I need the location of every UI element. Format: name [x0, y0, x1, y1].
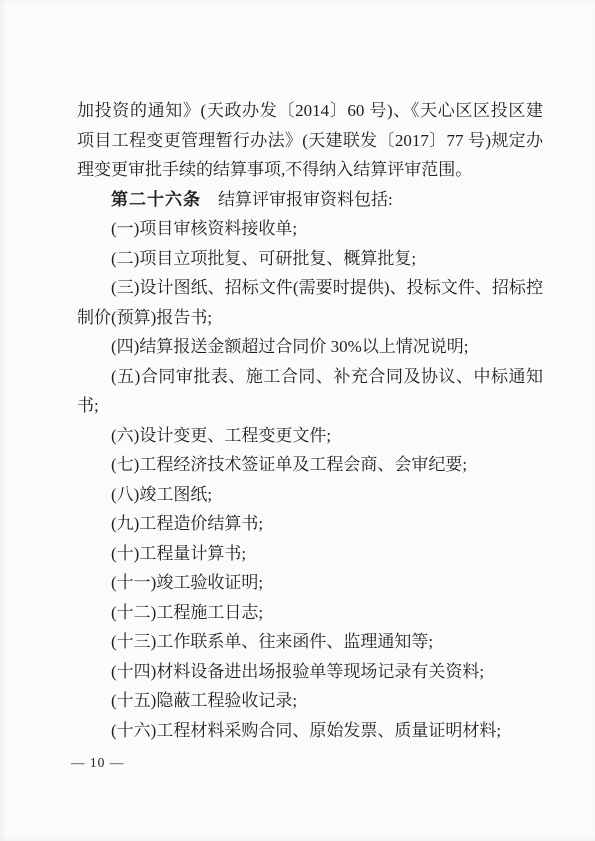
list-item-07: (七)工程经济技术签证单及工程会商、会审纪要;: [77, 450, 543, 480]
list-item-08: (八)竣工图纸;: [77, 480, 543, 510]
list-item-13: (十三)工作联系单、往来函件、监理通知等;: [77, 627, 543, 657]
article-title: 结算评审报审资料包括:: [218, 190, 393, 209]
page-footer: — 10 —: [71, 755, 124, 771]
list-item-02: (二)项目立项批复、可研批复、概算批复;: [77, 244, 543, 274]
list-item-16: (十六)工程材料采购合同、原始发票、质量证明材料;: [77, 716, 543, 746]
page-number: — 10 —: [71, 755, 124, 770]
paragraph-article-26: 第二十六条结算评审报审资料包括:: [77, 185, 543, 215]
article-number: 第二十六条: [111, 190, 201, 209]
list-item-05: (五)合同审批表、施工合同、补充合同及协议、中标通知书;: [77, 362, 543, 421]
list-item-03: (三)设计图纸、招标文件(需要时提供)、投标文件、招标控制价(预算)报告书;: [77, 273, 543, 332]
list-item-09: (九)工程造价结算书;: [77, 509, 543, 539]
list-item-10: (十)工程量计算书;: [77, 539, 543, 569]
list-item-15: (十五)隐蔽工程验收记录;: [77, 686, 543, 716]
list-item-06: (六)设计变更、工程变更文件;: [77, 421, 543, 451]
list-item-12: (十二)工程施工日志;: [77, 598, 543, 628]
list-item-04: (四)结算报送金额超过合同价 30%以上情况说明;: [77, 332, 543, 362]
list-item-14: (十四)材料设备进出场报验单等现场记录有关资料;: [77, 657, 543, 687]
list-item-01: (一)项目审核资料接收单;: [77, 214, 543, 244]
list-item-11: (十一)竣工验收证明;: [77, 568, 543, 598]
scanned-document-page: 加投资的通知》(天政办发〔2014〕60 号)、《天心区区投区建项目工程变更管理…: [0, 0, 595, 841]
document-body: 加投资的通知》(天政办发〔2014〕60 号)、《天心区区投区建项目工程变更管理…: [77, 96, 543, 745]
paragraph-continuation: 加投资的通知》(天政办发〔2014〕60 号)、《天心区区投区建项目工程变更管理…: [77, 96, 543, 185]
